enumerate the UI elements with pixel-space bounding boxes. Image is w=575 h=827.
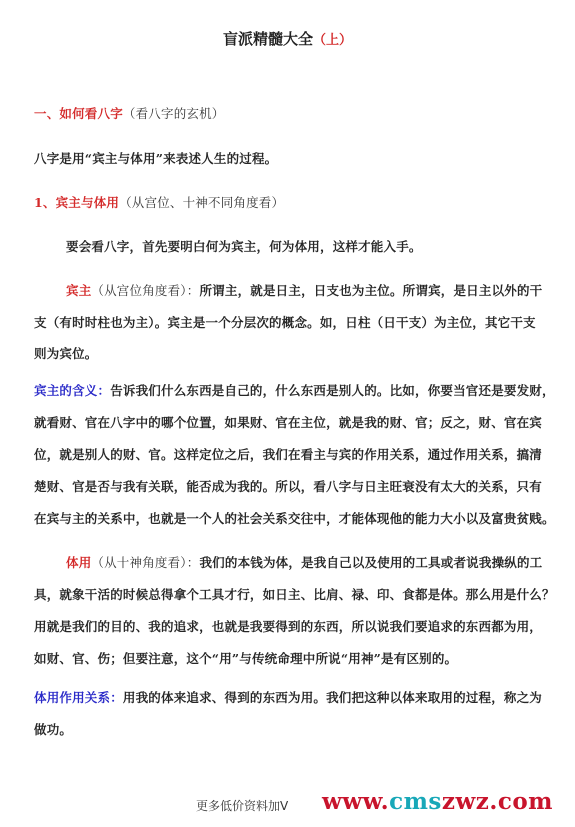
binzhu-meaning-label: 宾主的含义： [34, 383, 110, 398]
binzhu-meaning-line-1: 宾主的含义：告诉我们什么东西是自己的，什么东西是别人的。比如，你要当官还是要发财… [34, 381, 555, 399]
page-title: 盲派精髓大全（上） [0, 28, 575, 49]
tiyong-line-2: 具，就象干活的时候总得拿个工具才行，如日主、比肩、禄、印、食都是体。那么用是什么… [34, 585, 555, 603]
binzhu-line-3: 则为宾位。 [34, 344, 98, 362]
paragraph-intro: 要会看八字，首先要明白何为宾主，何为体用，这样才能入手。 [66, 237, 422, 255]
tiyong-text: 我们的本钱为体，是我自己以及使用的工具或者说我操纵的工 [199, 555, 542, 570]
section-heading-text: 一、如何看八字 [34, 106, 123, 121]
subsection-heading-paren: （从宫位、十神不同角度看） [119, 195, 284, 210]
binzhu-meaning-line-2: 就看财、官在八字中的哪个位置，如果财、官在主位，就是我的财、官；反之，财、官在宾 [34, 413, 542, 431]
title-suffix: （上） [313, 33, 352, 48]
binzhu-line-2: 支（有时时柱也为主）。宾主是一个分层次的概念。如，日柱（日干支）为主位，其它干支 [34, 313, 536, 331]
binzhu-meaning-line-3: 位，就是别人的财、官。这样定位之后，我们在看主与宾的作用关系，通过作用关系，搞清 [34, 445, 542, 463]
tiyong-relation-line-1: 体用作用关系：用我的体来追求、得到的东西为用。我们把这种以体来取用的过程，称之为 [34, 688, 542, 706]
url-zwz: zwz [442, 788, 489, 815]
tiyong-relation-text: 用我的体来追求、得到的东西为用。我们把这种以体来取用的过程，称之为 [123, 690, 542, 705]
url-suffix: .com [489, 788, 553, 815]
intro-text: 八字是用“宾主与体用”来表述人生的过程。 [34, 149, 277, 167]
url-prefix: www. [322, 788, 389, 815]
section-heading: 一、如何看八字（看八字的玄机） [34, 104, 225, 122]
subsection-heading-text: 1、宾主与体用 [34, 195, 119, 210]
binzhu-label-paren: （从宫位角度看）： [91, 283, 199, 298]
binzhu-text: 所谓主，就是日主，日支也为主位。所谓宾，是日主以外的干 [199, 283, 542, 298]
section-heading-paren: （看八字的玄机） [123, 106, 225, 121]
footer-promo-text: 更多低价资料加V [196, 797, 288, 814]
url-cms: cms [389, 788, 442, 815]
binzhu-meaning-line-5: 在宾与主的关系中，也就是一个人的社会关系交往中，才能体现他的能力大小以及富贵贫贱… [34, 509, 555, 527]
subsection-heading: 1、宾主与体用（从宫位、十神不同角度看） [34, 193, 284, 211]
tiyong-line-4: 如财、官、伤；但要注意，这个“用”与传统命理中所说“用神”是有区别的。 [34, 649, 457, 667]
tiyong-label-paren: （从十神角度看）： [91, 555, 199, 570]
binzhu-meaning-line-4: 楚财、官是否与我有关联，能否成为我的。所以，看八字与日主旺衰没有太大的关系，只有 [34, 477, 542, 495]
tiyong-relation-line-2: 做功。 [34, 720, 72, 738]
document-page: 盲派精髓大全（上） 一、如何看八字（看八字的玄机） 八字是用“宾主与体用”来表述… [0, 0, 575, 827]
tiyong-relation-label: 体用作用关系： [34, 690, 123, 705]
tiyong-line-3: 用就是我们的目的、我的追求，也就是我要得到的东西，所以说我们要追求的东西都为用， [34, 617, 542, 635]
tiyong-label: 体用 [66, 555, 91, 570]
title-main: 盲派精髓大全 [223, 30, 313, 48]
footer-watermark-url: www.cmszwz.com [322, 788, 553, 815]
tiyong-line-1: 体用（从十神角度看）：我们的本钱为体，是我自己以及使用的工具或者说我操纵的工 [66, 553, 542, 571]
binzhu-meaning-text: 告诉我们什么东西是自己的，什么东西是别人的。比如，你要当官还是要发财， [110, 383, 555, 398]
binzhu-label: 宾主 [66, 283, 91, 298]
binzhu-line-1: 宾主（从宫位角度看）：所谓主，就是日主，日支也为主位。所谓宾，是日主以外的干 [66, 281, 542, 299]
